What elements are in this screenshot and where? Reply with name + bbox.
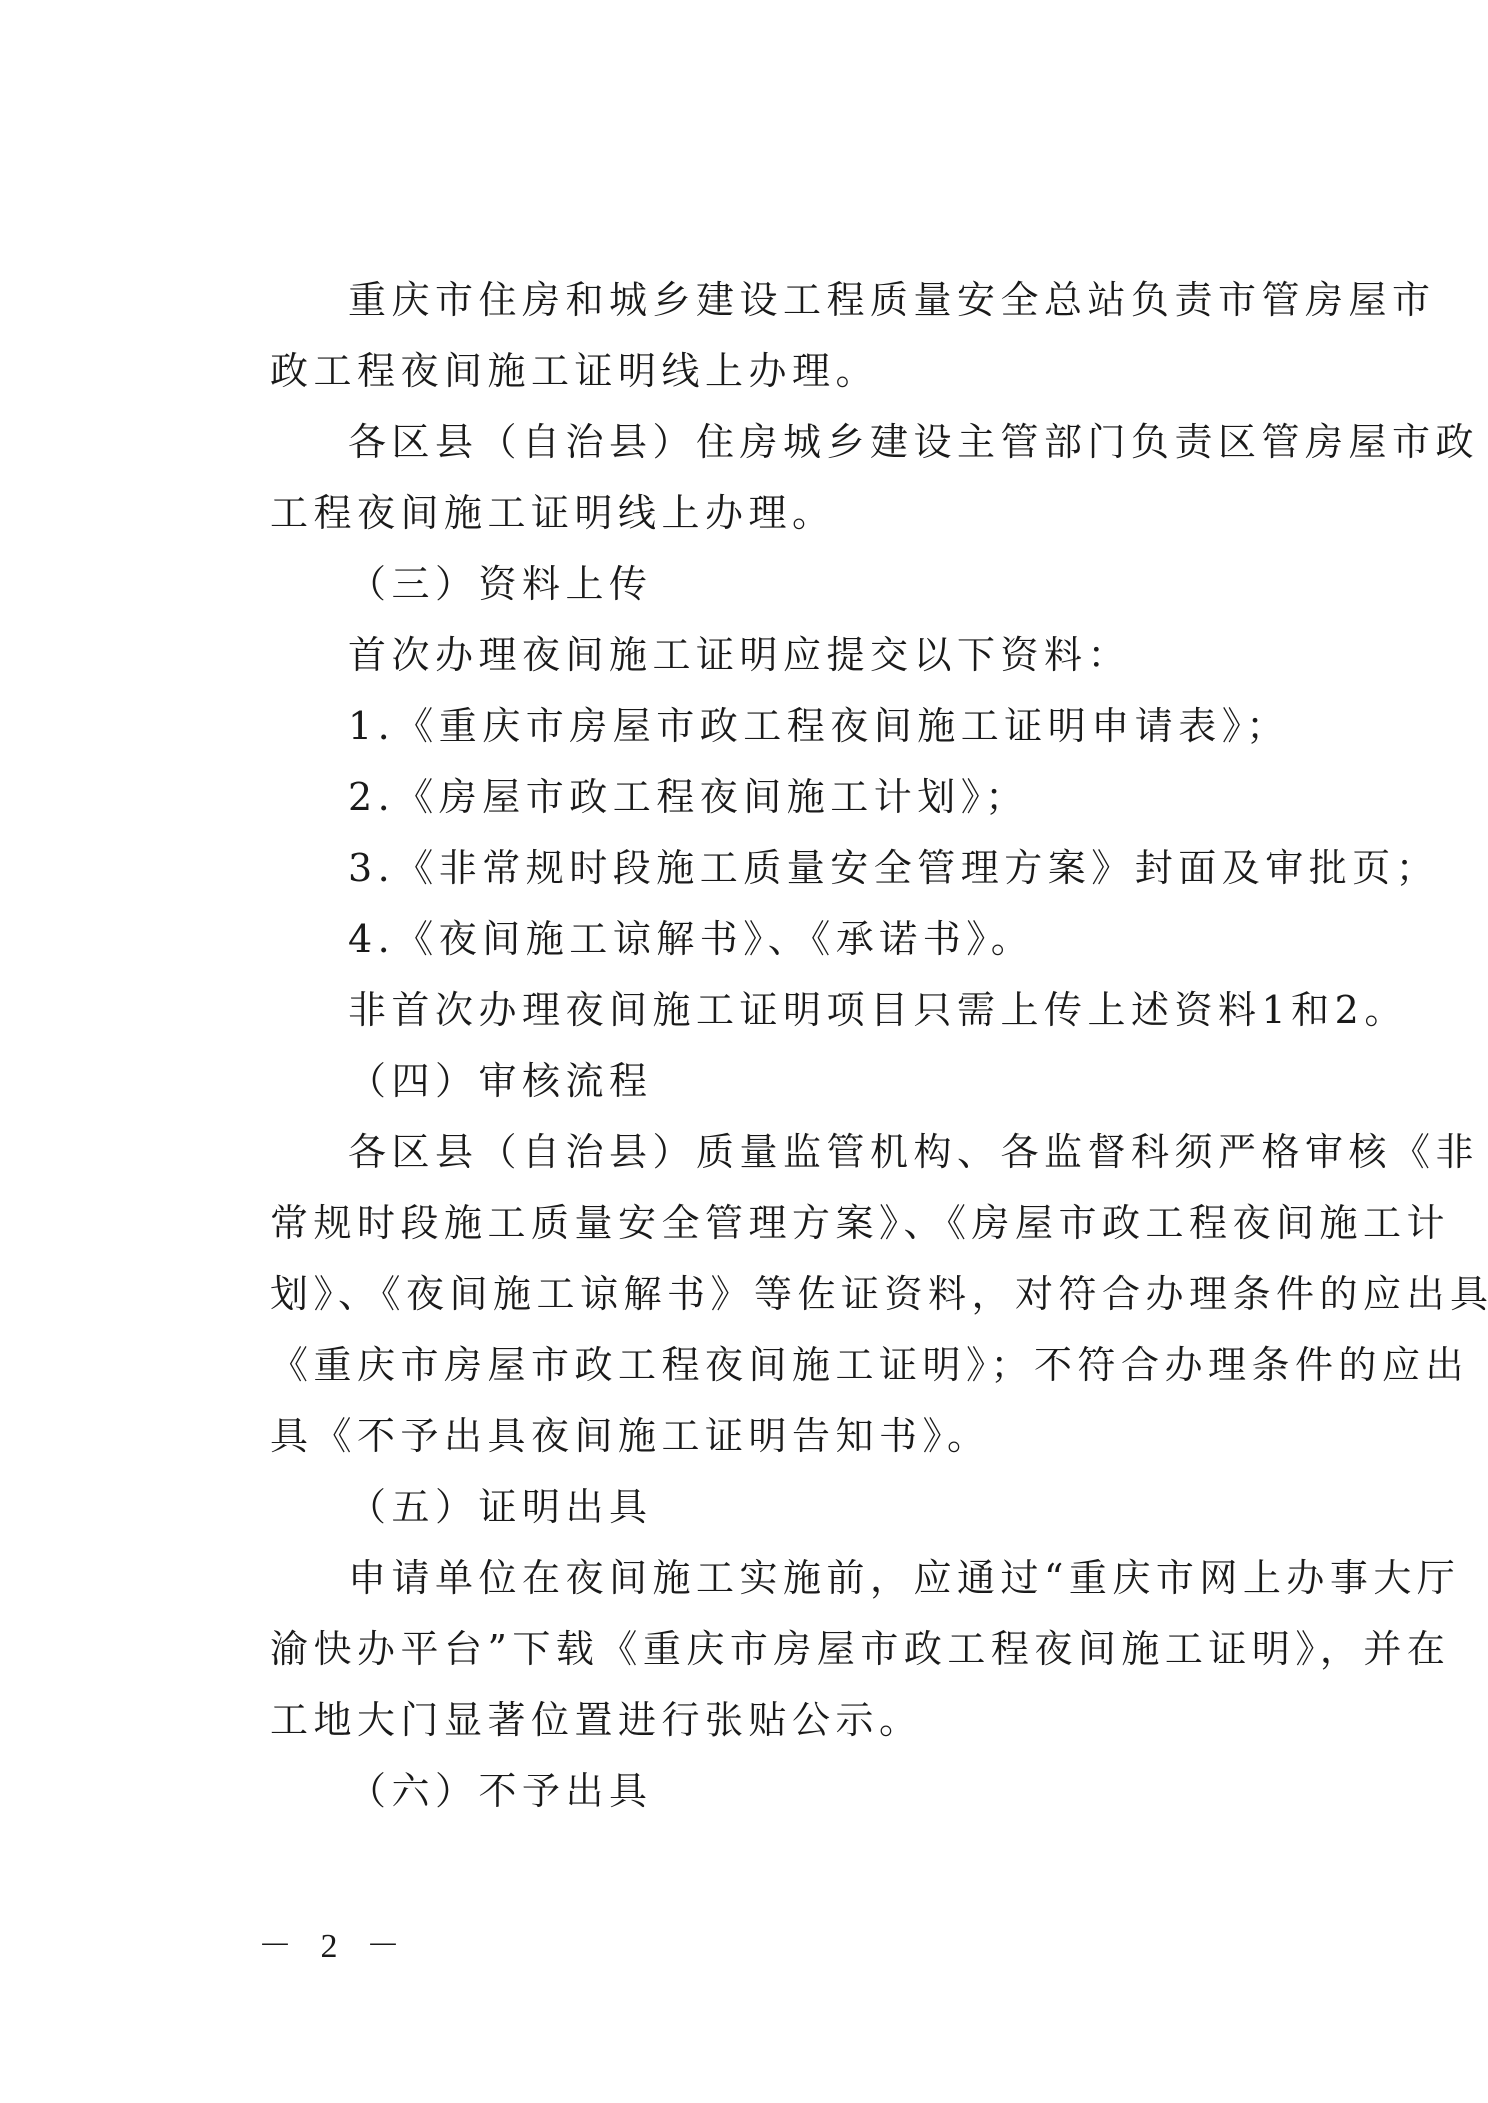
paragraph-line: 《重庆市房屋市政工程夜间施工证明》；不符合办理条件的应出 [270,1330,1315,1401]
paragraph-line: 各区县（自治县）住房城乡建设主管部门负责区管房屋市政 [270,407,1315,478]
section-heading-4: （四）审核流程 [270,1046,1315,1117]
paragraph-line: 具《不予出具夜间施工证明告知书》。 [270,1401,1315,1472]
list-item-2: 2.《房屋市政工程夜间施工计划》； [270,762,1315,833]
list-item-3: 3.《非常规时段施工质量安全管理方案》封面及审批页； [270,833,1315,904]
paragraph-line: 首次办理夜间施工证明应提交以下资料： [270,620,1315,691]
paragraph-line: 渝快办平台”下载《重庆市房屋市政工程夜间施工证明》，并在 [270,1614,1315,1685]
paragraph-line: 申请单位在夜间施工实施前，应通过“重庆市网上办事大厅 [270,1543,1315,1614]
list-item-1: 1.《重庆市房屋市政工程夜间施工证明申请表》； [270,691,1315,762]
section-heading-5: （五）证明出具 [270,1472,1315,1543]
page-number: － 2 － [258,1918,410,1967]
section-heading-6: （六）不予出具 [270,1756,1315,1827]
paragraph-line: 工地大门显著位置进行张贴公示。 [270,1685,1315,1756]
section-heading-3: （三）资料上传 [270,549,1315,620]
document-body: 重庆市住房和城乡建设工程质量安全总站负责市管房屋市 政工程夜间施工证明线上办理。… [270,265,1315,1827]
paragraph-line: 常规时段施工质量安全管理方案》、《房屋市政工程夜间施工计 [270,1188,1315,1259]
paragraph-line: 划》、《夜间施工谅解书》等佐证资料，对符合办理条件的应出具 [270,1259,1315,1330]
paragraph-line: 政工程夜间施工证明线上办理。 [270,336,1315,407]
list-item-4: 4.《夜间施工谅解书》、《承诺书》。 [270,904,1315,975]
paragraph-line: 工程夜间施工证明线上办理。 [270,478,1315,549]
document-page: 重庆市住房和城乡建设工程质量安全总站负责市管房屋市 政工程夜间施工证明线上办理。… [0,0,1488,2103]
paragraph-line: 重庆市住房和城乡建设工程质量安全总站负责市管房屋市 [270,265,1315,336]
paragraph-line: 各区县（自治县）质量监管机构、各监督科须严格审核《非 [270,1117,1315,1188]
paragraph-line: 非首次办理夜间施工证明项目只需上传上述资料1和2。 [270,975,1315,1046]
